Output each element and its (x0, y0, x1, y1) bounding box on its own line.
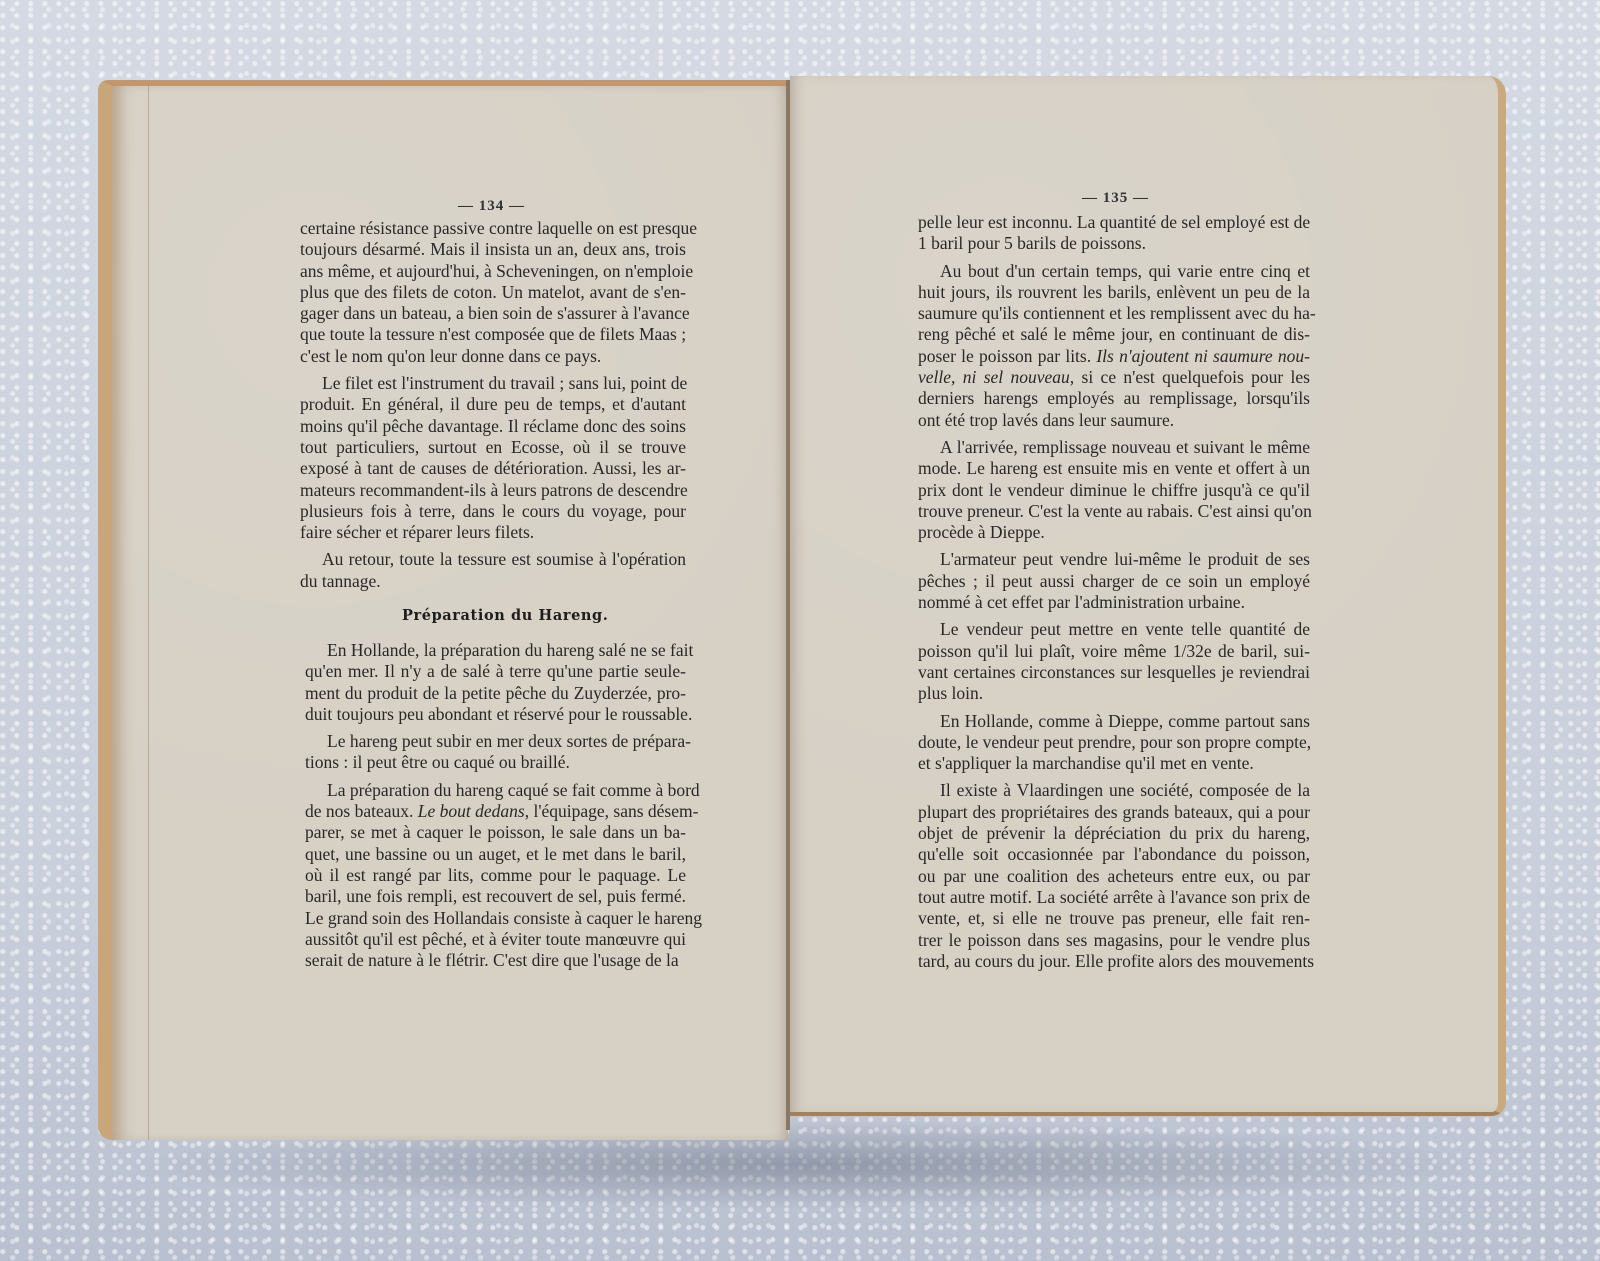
text-line: 1 baril pour 5 barils de poissons. (918, 233, 1310, 254)
text-line: En Hollande, la préparation du hareng sa… (305, 640, 686, 661)
text-line: plus que des filets de coton. Un matelot… (300, 282, 686, 303)
text-line: tout particuliers, surtout en Ecosse, où… (300, 437, 686, 458)
text-line: En Hollande, comme à Dieppe, comme parto… (918, 711, 1310, 732)
text-line: derniers harengs employés au remplissage… (918, 388, 1310, 409)
text-line: quet, une bassine ou un auget, et le met… (305, 844, 686, 865)
text-line: doute, le vendeur peut prendre, pour son… (918, 732, 1310, 753)
paragraph: En Hollande, la préparation du hareng sa… (305, 640, 686, 725)
text-line: parer, se met à caquer le poisson, le sa… (305, 822, 686, 843)
text-line: qu'elle soit occasionnée par l'abondance… (918, 844, 1310, 865)
text-line: tout autre motif. La société arrête à l'… (918, 887, 1310, 908)
text-line: trouve preneur. C'est la vente au rabais… (918, 501, 1310, 522)
page-number-right: — 135 — (1082, 190, 1149, 207)
text-line: huit jours, ils rouvrent les barils, enl… (918, 282, 1310, 303)
text-line: trer le poisson dans ses magasins, pour … (918, 930, 1310, 951)
section-heading: Préparation du Hareng. (402, 607, 608, 624)
text-line: Le grand soin des Hollandais consiste à … (305, 908, 686, 929)
paragraph: Le filet est l'instrument du travail ; s… (300, 373, 686, 543)
text-line: faire sécher et réparer leurs filets. (300, 522, 686, 543)
text-line: plusieurs fois à terre, dans le cours du… (300, 501, 686, 522)
paragraph: pelle leur est inconnu. La quantité de s… (918, 212, 1310, 255)
text-line: plus loin. (918, 683, 1310, 704)
text-line: c'est le nom qu'on leur donne dans ce pa… (300, 346, 686, 367)
text-line: toujours désarmé. Mais il insista un an,… (300, 239, 686, 260)
paragraph: A l'arrivée, remplissage nouveau et suiv… (918, 437, 1310, 543)
paragraph: certaine résistance passive contre laque… (300, 218, 686, 367)
text-line: La préparation du hareng caqué se fait c… (305, 780, 686, 801)
paragraph: En Hollande, comme à Dieppe, comme parto… (918, 711, 1310, 775)
text-line: Au retour, toute la tessure est soumise … (300, 549, 686, 570)
right-page-text: pelle leur est inconnu. La quantité de s… (918, 212, 1310, 972)
text-line: poisson qu'il lui plaît, voire même 1/32… (918, 641, 1310, 662)
text-line: L'armateur peut vendre lui-même le produ… (918, 549, 1310, 570)
text-line: de nos bateaux. Le bout dedans, l'équipa… (305, 801, 686, 822)
text-line: Le hareng peut subir en mer deux sortes … (305, 731, 686, 752)
text-line: où il est rangé par lits, comme pour le … (305, 865, 686, 886)
text-line: procède à Dieppe. (918, 522, 1310, 543)
text-line: Le filet est l'instrument du travail ; s… (300, 373, 686, 394)
text-line: du tannage. (300, 571, 686, 592)
text-line: prix dont le vendeur diminue le chiffre … (918, 480, 1310, 501)
text-line: nommé à cet effet par l'administration u… (918, 592, 1310, 613)
text-line: serait de nature à le flétrir. C'est dir… (305, 950, 686, 971)
text-line: vente, et, si elle ne trouve pas preneur… (918, 908, 1310, 929)
open-book: — 134 — certaine résistance passive cont… (0, 0, 1600, 1261)
text-line: vant certaines circonstances sur lesquel… (918, 662, 1310, 683)
text-line: gager dans un bateau, a bien soin de s'a… (300, 303, 686, 324)
text-line: exposé à tant de causes de détérioration… (300, 458, 686, 479)
paragraph: La préparation du hareng caqué se fait c… (305, 780, 686, 972)
text-line: produit. En général, il dure peu de temp… (300, 394, 686, 415)
text-line: et s'appliquer la marchandise qu'il met … (918, 753, 1310, 774)
text-line: mateurs recommandent-ils à leurs patrons… (300, 480, 686, 501)
text-line: Le vendeur peut mettre en vente telle qu… (918, 619, 1310, 640)
paragraph: L'armateur peut vendre lui-même le produ… (918, 549, 1310, 613)
text-line: moins qu'il pêche davantage. Il réclame … (300, 416, 686, 437)
text-line: velle, ni sel nouveau, si ce n'est quelq… (918, 367, 1310, 388)
paragraph: Il existe à Vlaardingen une société, com… (918, 780, 1310, 972)
text-line: tions : il peut être ou caqué ou braillé… (305, 752, 686, 773)
text-line: que toute la tessure n'est composée que … (300, 324, 686, 345)
text-line: reng pêché et salé le même jour, en cont… (918, 324, 1310, 345)
text-line: ans même, et aujourd'hui, à Scheveningen… (300, 261, 686, 282)
text-line: Au bout d'un certain temps, qui varie en… (918, 261, 1310, 282)
text-line: pêches ; il peut aussi charger de ce soi… (918, 571, 1310, 592)
page-number-left: — 134 — (458, 198, 525, 215)
text-line: pelle leur est inconnu. La quantité de s… (918, 212, 1310, 233)
text-line: Il existe à Vlaardingen une société, com… (918, 780, 1310, 801)
text-line: A l'arrivée, remplissage nouveau et suiv… (918, 437, 1310, 458)
text-line: certaine résistance passive contre laque… (300, 218, 686, 239)
text-line: mode. Le hareng est ensuite mis en vente… (918, 458, 1310, 479)
paragraph: Le vendeur peut mettre en vente telle qu… (918, 619, 1310, 704)
text-line: saumure qu'ils contiennent et les rempli… (918, 303, 1310, 324)
text-line: duit toujours peu abondant et réservé po… (305, 704, 686, 725)
left-page-text-bottom: En Hollande, la préparation du hareng sa… (305, 640, 686, 971)
left-page-text-top: certaine résistance passive contre laque… (300, 218, 686, 592)
text-line: ont été trop lavés dans leur saumure. (918, 410, 1310, 431)
text-line: poser le poisson par lits. Ils n'ajouten… (918, 346, 1310, 367)
text-line: plupart des propriétaires des grands bat… (918, 802, 1310, 823)
book-gutter (786, 80, 790, 1130)
text-line: qu'en mer. Il n'y a de salé à terre qu'u… (305, 661, 686, 682)
paragraph: Le hareng peut subir en mer deux sortes … (305, 731, 686, 774)
paragraph: Au bout d'un certain temps, qui varie en… (918, 261, 1310, 431)
text-line: ou par une coalition des acheteurs entre… (918, 866, 1310, 887)
text-line: aussitôt qu'il est pêché, et à éviter to… (305, 929, 686, 950)
text-line: ment du produit de la petite pêche du Zu… (305, 683, 686, 704)
text-line: tard, au cours du jour. Elle profite alo… (918, 951, 1310, 972)
text-line: baril, une fois rempli, est recouvert de… (305, 886, 686, 907)
text-line: objet de prévenir la dépréciation du pri… (918, 823, 1310, 844)
paragraph: Au retour, toute la tessure est soumise … (300, 549, 686, 592)
